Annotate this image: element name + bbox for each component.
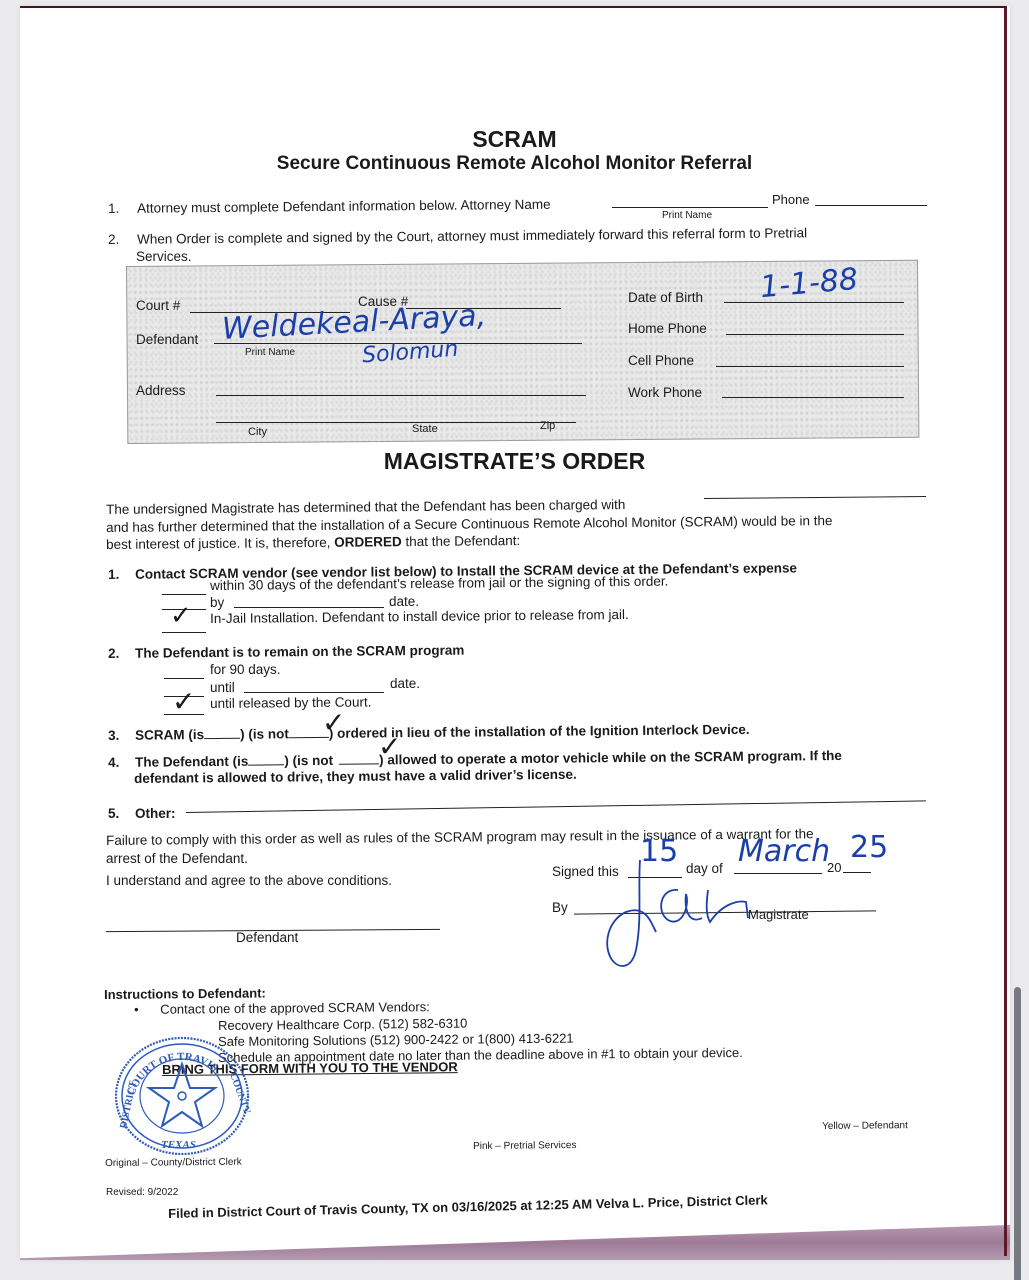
- phone-label: Phone: [772, 192, 810, 207]
- home-phone-label: Home Phone: [628, 321, 707, 336]
- option-90-days: for 90 days.: [210, 662, 281, 677]
- ordered-text: ORDERED: [334, 534, 402, 550]
- seal-bottom-text: TEXAS: [161, 1139, 196, 1151]
- item-number: 4.: [108, 755, 119, 770]
- state-caption: State: [412, 423, 438, 435]
- instruction-2-cont: Services.: [136, 249, 192, 264]
- other-label: Other:: [135, 806, 176, 821]
- year-prefix: 20: [827, 860, 841, 875]
- item-text: ) (is not: [284, 753, 333, 768]
- option-by-date-post: date.: [389, 594, 419, 609]
- copy-original: Original – County/District Clerk: [105, 1157, 242, 1169]
- address-label: Address: [136, 383, 186, 398]
- print-name-caption: Print Name: [662, 210, 712, 221]
- checkbox-in-jail-installation[interactable]: [162, 632, 206, 633]
- checkbox-scram-is[interactable]: [204, 738, 240, 739]
- failure-text-line2: arrest of the Defendant.: [106, 851, 248, 866]
- dob-label: Date of Birth: [628, 290, 703, 305]
- city-state-zip-field[interactable]: [216, 422, 576, 423]
- defendant-label: Defendant: [136, 332, 198, 347]
- vertical-scrollbar[interactable]: [1014, 987, 1021, 1280]
- check-mark-icon: ✓: [172, 685, 195, 718]
- signed-year-field[interactable]: [843, 872, 871, 873]
- attorney-name-field[interactable]: [612, 207, 768, 208]
- item-text: SCRAM (is: [135, 727, 204, 743]
- cell-phone-field[interactable]: [716, 366, 904, 367]
- district-court-seal: COURT OF TRAVIS TEXAS DISTRICT COUNTY: [112, 1034, 252, 1159]
- defendant-signature-caption: Defendant: [236, 930, 298, 945]
- seal-top-text: COURT OF TRAVIS: [125, 1051, 219, 1097]
- form-subtitle: Secure Continuous Remote Alcohol Monitor…: [0, 153, 1029, 175]
- magistrate-signature: [590, 850, 770, 980]
- item-number: 2.: [108, 646, 119, 661]
- home-phone-field[interactable]: [726, 334, 904, 335]
- checkbox-90-days[interactable]: [164, 678, 204, 679]
- vendor-1: Recovery Healthcare Corp. (512) 582-6310: [218, 1016, 467, 1033]
- item-number: 5.: [108, 806, 119, 821]
- order-item-5: 5. Other:: [108, 806, 176, 821]
- copy-yellow: Yellow – Defendant: [822, 1120, 908, 1132]
- svg-text:COURT OF TRAVIS: COURT OF TRAVIS: [125, 1051, 219, 1097]
- item-number: 3.: [108, 728, 119, 743]
- checkbox-drive-is-not[interactable]: [339, 763, 379, 764]
- dob-field[interactable]: [724, 302, 904, 303]
- agree-text: I understand and agree to the above cond…: [106, 873, 392, 888]
- zip-caption: Zip: [540, 420, 555, 432]
- option-until-date-post: date.: [390, 676, 420, 691]
- checkbox-drive-is[interactable]: [248, 764, 284, 765]
- item-number: 1.: [108, 567, 119, 582]
- instructions-heading: Instructions to Defendant:: [104, 985, 266, 1002]
- checkbox-within-30-days[interactable]: [162, 594, 206, 595]
- print-name-caption: Print Name: [245, 347, 295, 358]
- instruction-number: 2.: [108, 232, 119, 247]
- intro-text: best interest of justice. It is, therefo…: [106, 535, 334, 552]
- work-phone-label: Work Phone: [628, 385, 702, 400]
- attorney-phone-field[interactable]: [815, 205, 927, 206]
- bullet-text: Contact one of the approved SCRAM Vendor…: [160, 999, 430, 1017]
- by-label: By: [552, 900, 568, 915]
- item-text: The Defendant (is: [135, 754, 248, 770]
- revised-date: Revised: 9/2022: [106, 1187, 178, 1198]
- signed-year-handwritten: 25: [850, 830, 888, 865]
- instruction-number: 1.: [108, 201, 119, 216]
- option-until-released: until released by the Court.: [210, 694, 371, 711]
- city-caption: City: [248, 426, 267, 438]
- by-date-field[interactable]: [234, 607, 384, 608]
- check-mark-icon: ✓: [378, 730, 401, 763]
- cell-phone-label: Cell Phone: [628, 353, 694, 368]
- address-field[interactable]: [216, 395, 586, 396]
- until-date-field[interactable]: [244, 692, 384, 693]
- option-until-date-pre: until: [210, 680, 235, 695]
- star-icon: [149, 1064, 215, 1126]
- bullet-icon: •: [134, 1002, 139, 1017]
- order-title: MAGISTRATE’S ORDER: [0, 448, 1029, 475]
- form-title: SCRAM: [0, 126, 1029, 153]
- seal-left-text: DISTRICT: [118, 1080, 139, 1130]
- intro-text: that the Defendant:: [402, 533, 521, 549]
- court-label: Court #: [136, 298, 180, 313]
- item-text: ) (is not: [240, 726, 289, 741]
- vendor-bullet: • Contact one of the approved SCRAM Vend…: [134, 999, 430, 1017]
- check-mark-icon: ✓: [322, 706, 345, 739]
- check-mark-icon: ✓: [170, 601, 192, 631]
- work-phone-field[interactable]: [722, 397, 904, 398]
- item-heading: The Defendant is to remain on the SCRAM …: [135, 643, 464, 661]
- copy-pink: Pink – Pretrial Services: [473, 1140, 576, 1152]
- option-by-date-pre: by: [210, 595, 224, 610]
